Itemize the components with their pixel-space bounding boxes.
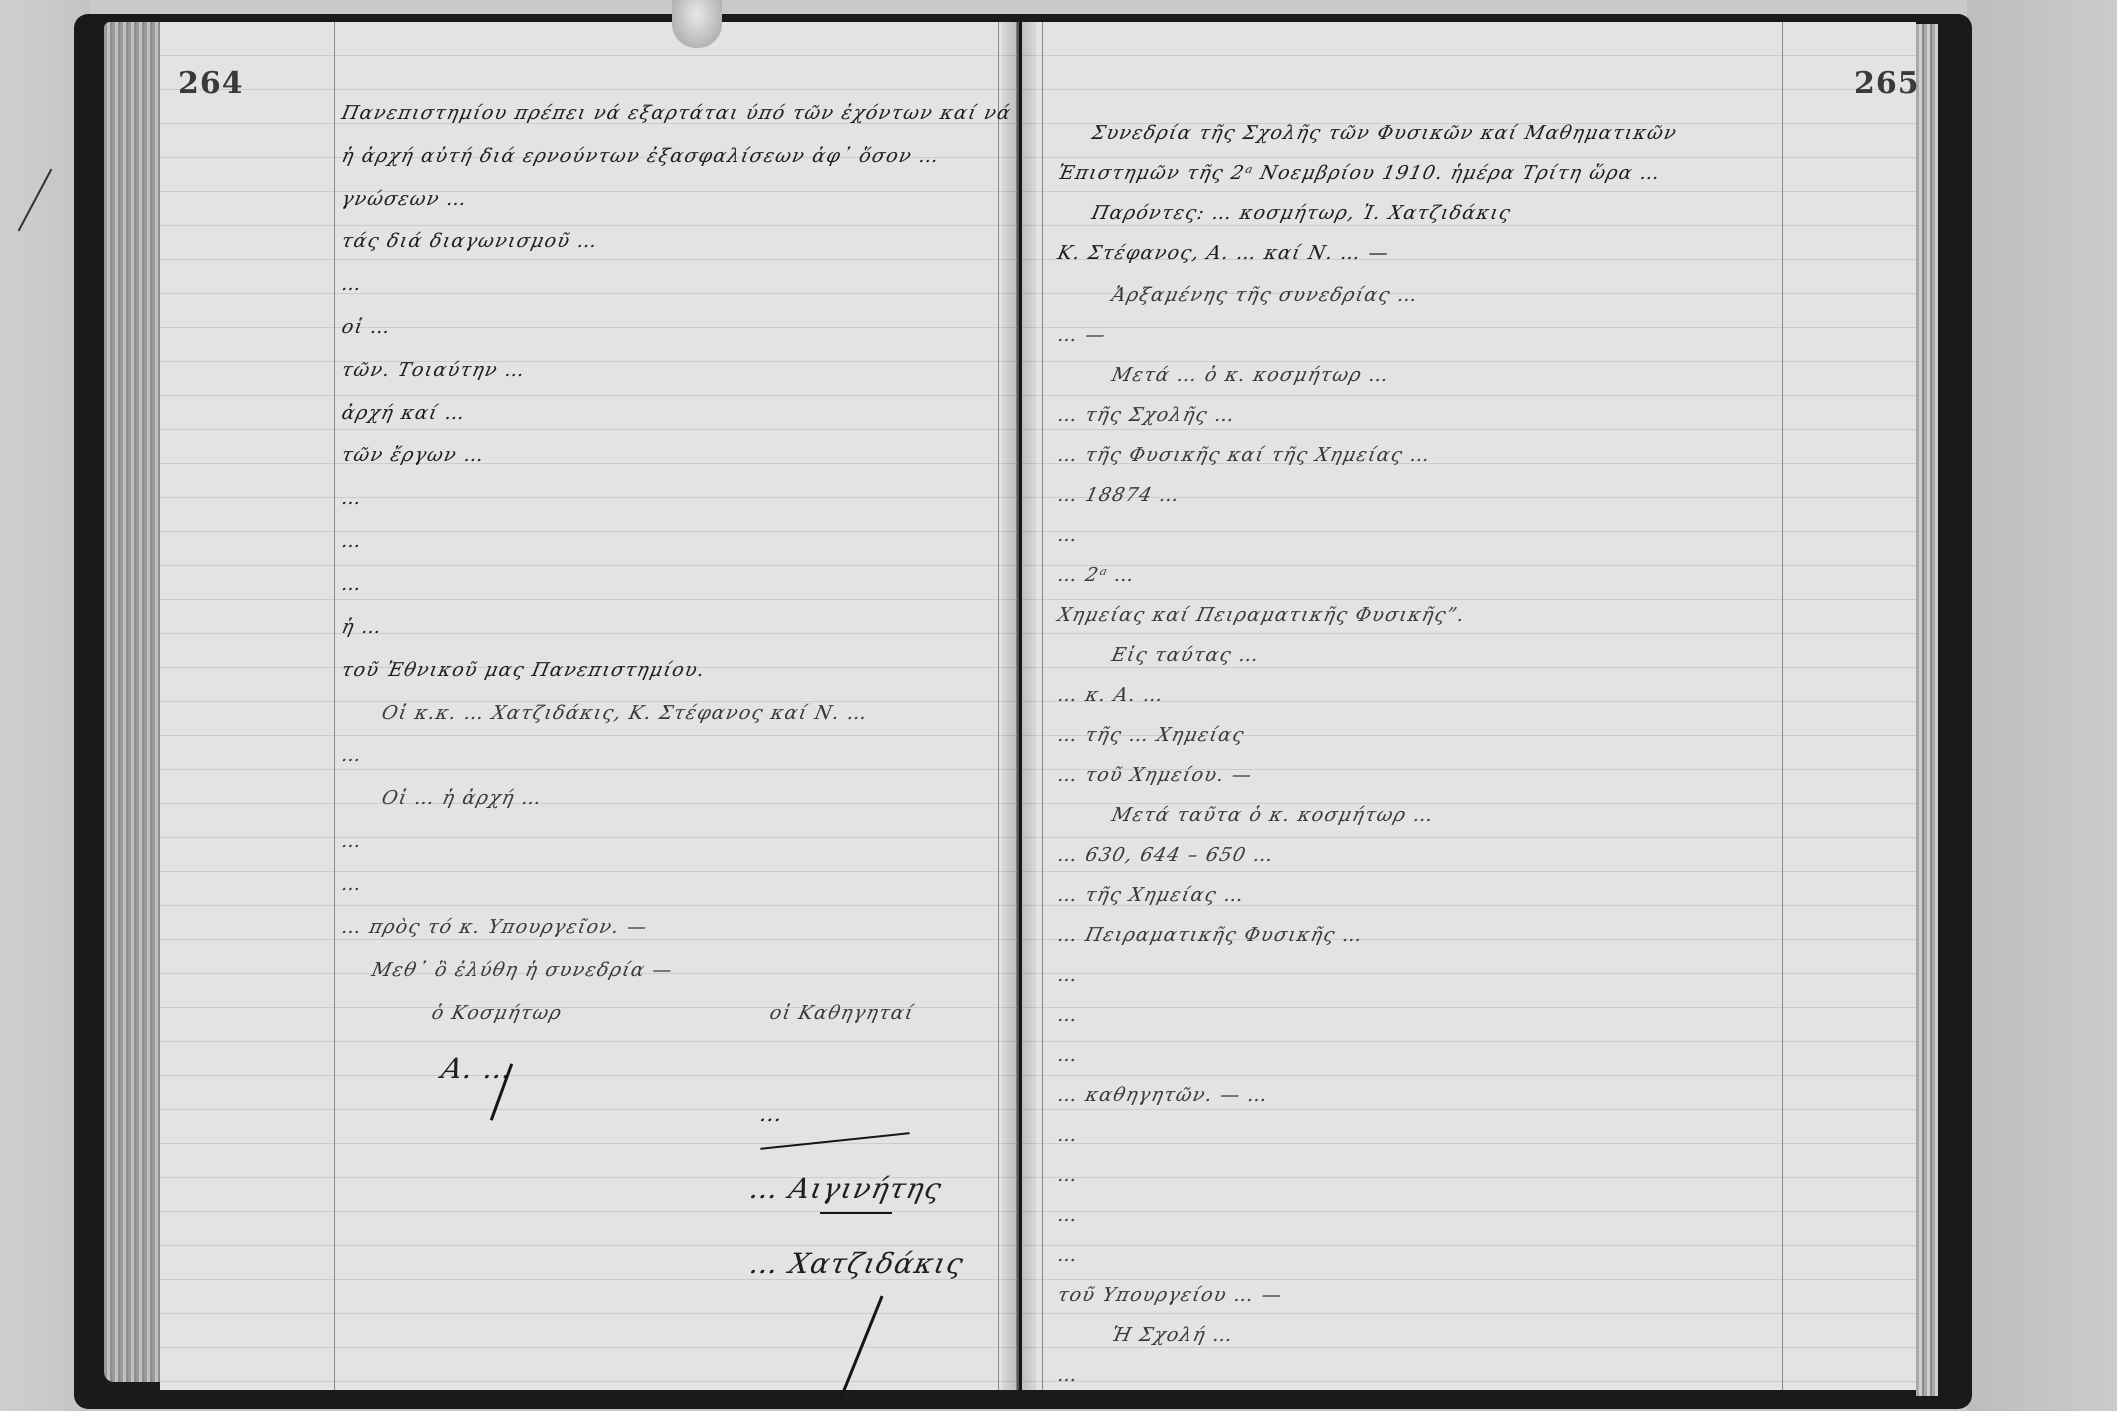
handwritten-line: … — [1056, 1204, 1081, 1226]
handwritten-line: … τῆς Σχολῆς … — [1056, 404, 1238, 426]
handwritten-line: Εἰς ταύτας … — [1110, 644, 1262, 666]
heading-line: Κ. Στέφανος, Α. … καί Ν. … — — [1056, 242, 1392, 264]
closing-line: Μεθ᾽ ὃ ἐλύθη ἡ συνεδρία — — [370, 959, 676, 981]
handwritten-line: … — [1056, 1164, 1081, 1186]
handwritten-line: τῶν. Τοιαύτην … — [340, 359, 528, 381]
page-number: 265 — [1854, 66, 1920, 101]
handwritten-line: τάς διά διαγωνισμοῦ … — [340, 230, 601, 252]
right-margin-rule — [1782, 22, 1783, 1390]
handwritten-line: … — [1056, 1004, 1081, 1026]
handwritten-line: … — [340, 873, 365, 895]
left-margin-rule — [1042, 22, 1043, 1390]
handwritten-line: τοῦ Υπουργείου … — — [1056, 1284, 1285, 1306]
handwritten-line: … πρὸς τό κ. Υπουργεῖον. — — [340, 916, 650, 938]
signature-underline — [760, 1132, 909, 1150]
handwritten-line: … 2ᵃ … — [1056, 564, 1138, 586]
handwritten-line: Χημείας καί Πειραματικῆς Φυσικῆς”. — [1056, 604, 1468, 626]
handwritten-line: ἀρχή καί … — [340, 402, 468, 424]
handwritten-line: Ἀρξαμένης τῆς συνεδρίας … — [1110, 284, 1421, 306]
signature-professor-2: … Αιγινήτης — [746, 1172, 945, 1205]
handwritten-line: … — [340, 830, 365, 852]
page-edges-right — [1916, 24, 1938, 1396]
handwritten-line: Ἡ Σχολή … — [1110, 1324, 1236, 1346]
handwritten-line: Πανεπιστημίου πρέπει νά εξαρτάται ύπό τῶ… — [340, 102, 1042, 124]
page-edges-left — [104, 22, 160, 1382]
signature-professor-1: … — [757, 1102, 786, 1127]
handwritten-line: … 18874 … — [1056, 484, 1183, 506]
handwritten-line: ἡ ἀρχή αὐτή διά ερνούντων ἐξασφαλίσεων ἀ… — [340, 145, 942, 167]
handwritten-line: … τοῦ Χημείου. — — [1056, 764, 1255, 786]
handwritten-line: Οἱ κ.κ. … Χατζιδάκις, Κ. Στέφανος καί Ν.… — [380, 702, 871, 724]
signature-label-dean: ὁ Κοσμήτωρ — [430, 1002, 565, 1024]
signature-label-professors: οἱ Καθηγηταί — [768, 1002, 917, 1024]
right-margin-rule — [998, 22, 999, 1390]
handwritten-line: … — [1056, 1124, 1081, 1146]
handwritten-line: … Πειραματικῆς Φυσικῆς … — [1056, 924, 1366, 946]
left-page: 264 Πανεπιστημίου πρέπει νά εξαρτάται ύπ… — [160, 22, 1017, 1390]
left-margin-rule — [334, 22, 335, 1390]
book-gutter — [1002, 22, 1036, 1390]
finger-holding-page — [672, 0, 722, 48]
handwritten-line: … — [1056, 1244, 1081, 1266]
handwritten-line: … καθηγητῶν. — … — [1056, 1084, 1271, 1106]
handwritten-line: … — [340, 744, 365, 766]
handwritten-line: … — [1056, 964, 1081, 986]
handwritten-line: … 630, 644 – 650 … — [1056, 844, 1277, 866]
handwritten-line: … τῆς Φυσικῆς καί τῆς Χημείας … — [1056, 444, 1433, 466]
handwritten-line: οἱ … — [340, 316, 394, 338]
handwritten-line: … — [1056, 1364, 1081, 1386]
heading-line: Ἐπιστημῶν τῆς 2ᵃ Νοεμβρίου 1910. ἡμέρα Τ… — [1056, 162, 1663, 184]
handwritten-line: … — [340, 573, 365, 595]
handwritten-line: … — [340, 273, 365, 295]
handwritten-line: Μετά ταῦτα ὁ κ. κοσμήτωρ … — [1110, 804, 1437, 826]
background-surface-right — [1967, 0, 2117, 1411]
page-number: 264 — [178, 66, 244, 101]
handwritten-line: Μετά … ὁ κ. κοσμήτωρ … — [1110, 364, 1392, 386]
book-spine-fold — [1017, 22, 1019, 1390]
handwritten-line: τῶν ἔργων … — [340, 444, 487, 466]
handwritten-line: … — [340, 487, 365, 509]
handwritten-line: τοῦ Ἐθνικοῦ μας Πανεπιστημίου. — [340, 659, 708, 681]
handwritten-line: γνώσεων … — [340, 188, 470, 210]
signature-professor-3: … Χατζιδάκις — [746, 1247, 967, 1280]
signature-stroke — [840, 1295, 884, 1398]
signature-underline — [820, 1212, 892, 1214]
handwritten-line: … — [1056, 1044, 1081, 1066]
handwritten-line: ἡ … — [340, 616, 385, 638]
handwritten-line: Οἱ … ἡ ἀρχή … — [380, 787, 545, 809]
handwritten-line: … τῆς … Χημείας — [1056, 724, 1247, 746]
handwritten-line: … — — [1056, 324, 1109, 346]
handwritten-line: … — [340, 530, 365, 552]
handwritten-line: … κ. Α. … — [1056, 684, 1167, 706]
handwritten-line: … — [1056, 524, 1081, 546]
right-page: 265 Συνεδρία τῆς Σχολῆς τῶν Φυσικῶν καί … — [1022, 22, 1916, 1390]
heading-line: Συνεδρία τῆς Σχολῆς τῶν Φυσικῶν καί Μαθη… — [1090, 122, 1680, 144]
handwritten-line: … τῆς Χημείας … — [1056, 884, 1247, 906]
heading-line: Παρόντες: … κοσμήτωρ, Ἰ. Χατζιδάκις — [1090, 202, 1514, 224]
